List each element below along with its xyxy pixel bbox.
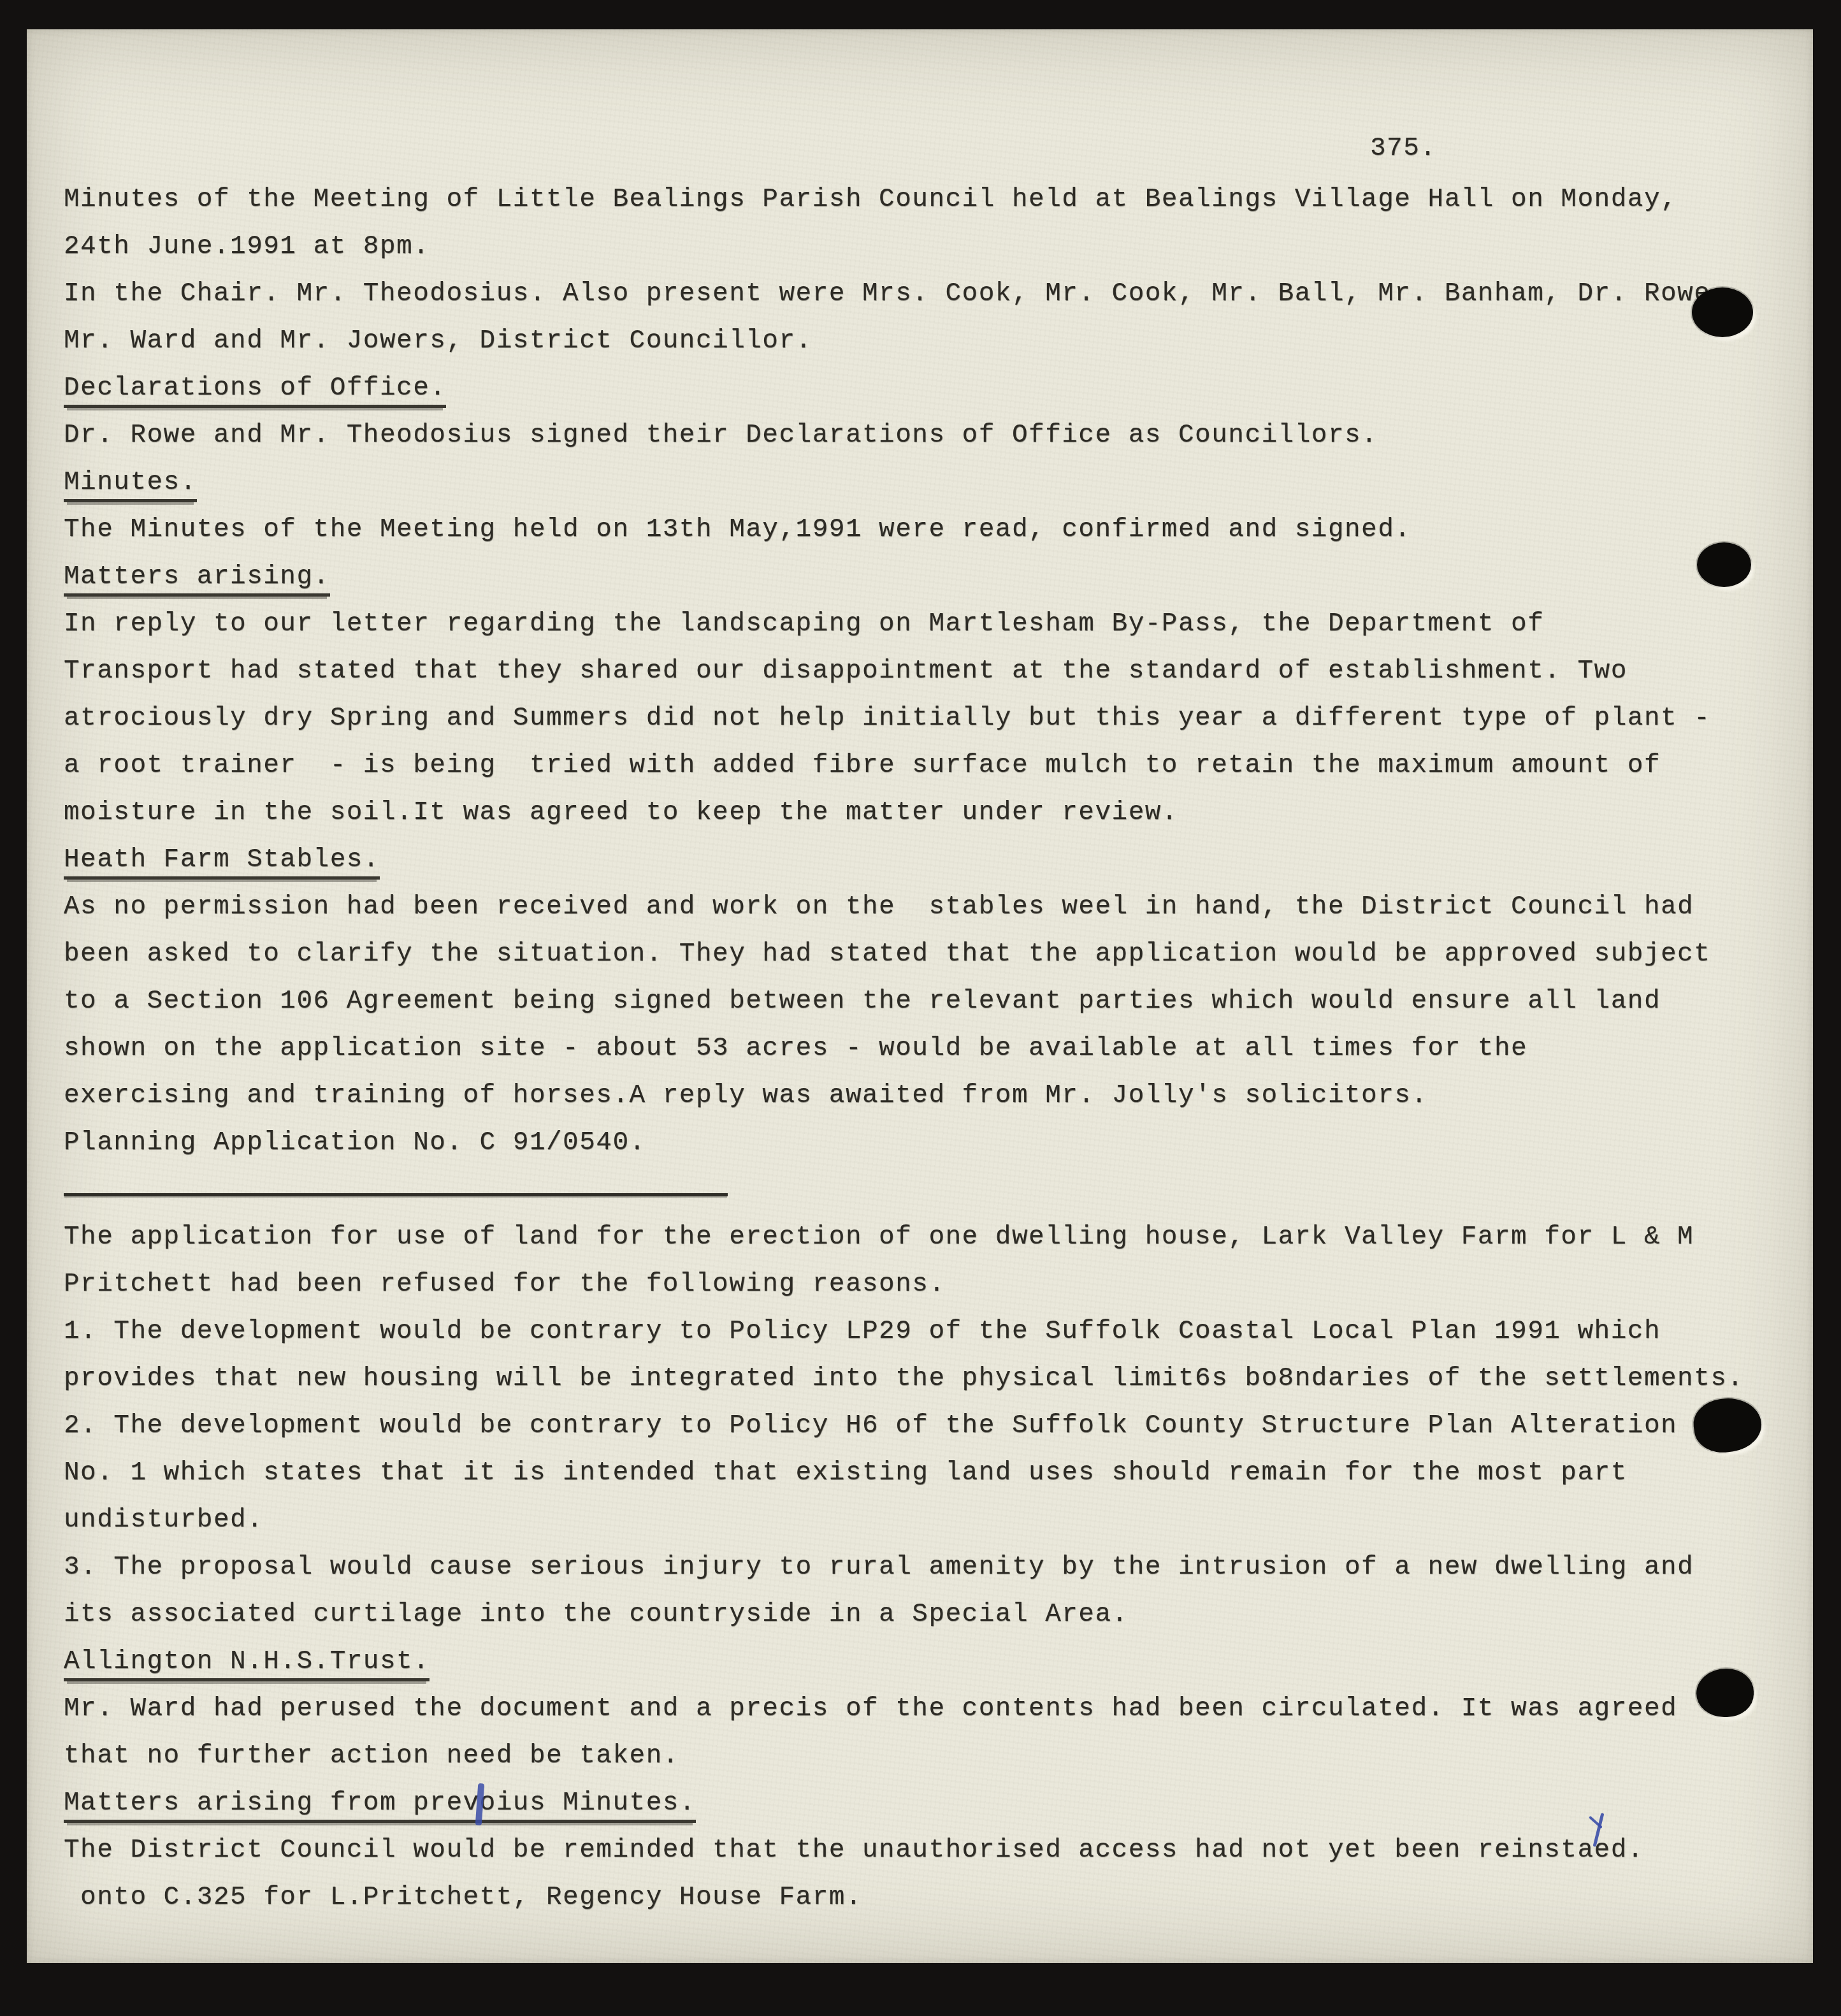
line-text: Minutes of the Meeting of Little Bealing… — [64, 185, 1677, 214]
text-line: Mr. Ward and Mr. Jowers, District Counci… — [64, 326, 1787, 373]
line-text: 24th June.1991 at 8pm. — [64, 232, 430, 261]
section-heading: Declarations of Office. — [64, 373, 1787, 421]
text-line: Dr. Rowe and Mr. Theodosius signed their… — [64, 421, 1787, 468]
line-text: Heath Farm Stables. — [64, 845, 380, 880]
text-line: been asked to clarify the situation. The… — [64, 939, 1787, 987]
line-text: Dr. Rowe and Mr. Theodosius signed their… — [64, 421, 1378, 450]
line-text: 2. The development would be contrary to … — [64, 1411, 1710, 1440]
text-line: In the Chair. Mr. Theodosius. Also prese… — [64, 279, 1787, 326]
line-text: onto C.325 for L.Pritchett, Regency Hous… — [64, 1883, 862, 1912]
text-line: provides that new housing will be integr… — [64, 1364, 1787, 1411]
line-text: shown on the application site - about 53… — [64, 1034, 1527, 1063]
section-heading: Allington N.H.S.Trust. — [64, 1647, 1787, 1694]
text-line: Transport had stated that they shared ou… — [64, 656, 1787, 704]
line-text: Mr. Ward had perused the document and a … — [64, 1694, 1677, 1723]
line-text: The Minutes of the Meeting held on 13th … — [64, 515, 1411, 544]
text-line: a root trainer - is being tried with add… — [64, 751, 1787, 798]
text-line: atrociously dry Spring and Summers did n… — [64, 704, 1787, 751]
line-text: provides that new housing will be integr… — [64, 1364, 1744, 1393]
line-text: moisture in the soil.It was agreed to ke… — [64, 798, 1178, 827]
line-text: The application for use of land for the … — [64, 1222, 1694, 1252]
text-line: Pritchett had been refused for the follo… — [64, 1270, 1787, 1317]
text-line: moisture in the soil.It was agreed to ke… — [64, 798, 1787, 845]
line-text: Transport had stated that they shared ou… — [64, 656, 1628, 686]
line-text: a root trainer - is being tried with add… — [64, 751, 1661, 780]
line-text: to a Section 106 Agreement being signed … — [64, 987, 1661, 1016]
document-lines: Minutes of the Meeting of Little Bealing… — [64, 185, 1787, 1930]
line-text: As no permission had been received and w… — [64, 892, 1694, 922]
text-line: 24th June.1991 at 8pm. — [64, 232, 1787, 279]
text-line: 2. The development would be contrary to … — [64, 1411, 1787, 1458]
text-line: 3. The proposal would cause serious inju… — [64, 1553, 1787, 1600]
text-line: The District Council would be reminded t… — [64, 1836, 1787, 1883]
line-text: Matters arising from prevoius Minutes. — [64, 1788, 696, 1823]
line-text: exercising and training of horses.A repl… — [64, 1081, 1428, 1110]
text-line: Minutes of the Meeting of Little Bealing… — [64, 185, 1787, 232]
text-line: The Minutes of the Meeting held on 13th … — [64, 515, 1787, 562]
text-line: shown on the application site - about 53… — [64, 1034, 1787, 1081]
text-line: to a Section 106 Agreement being signed … — [64, 987, 1787, 1034]
line-text: No. 1 which states that it is intended t… — [64, 1458, 1628, 1488]
text-line: Mr. Ward had perused the document and a … — [64, 1694, 1787, 1741]
punch-hole — [1692, 287, 1753, 337]
text-line: that no further action need be taken. — [64, 1741, 1787, 1788]
line-text: Allington N.H.S.Trust. — [64, 1647, 430, 1681]
line-text: its associated curtilage into the countr… — [64, 1600, 1129, 1629]
page-number: 375. — [1370, 134, 1436, 163]
document-page: 375. Minutes of the Meeting of Little Be… — [27, 29, 1813, 1963]
text-line: As no permission had been received and w… — [64, 892, 1787, 939]
line-text: Matters arising. — [64, 562, 330, 597]
line-text: The District Council would be reminded t… — [64, 1836, 1644, 1865]
line-text: In the Chair. Mr. Theodosius. Also prese… — [64, 279, 1710, 308]
line-text: Declarations of Office. — [64, 373, 446, 408]
section-heading: Matters arising from prevoius Minutes. — [64, 1788, 1787, 1836]
line-text: Pritchett had been refused for the follo… — [64, 1270, 946, 1299]
text-line: 1. The development would be contrary to … — [64, 1317, 1787, 1364]
text-line: its associated curtilage into the countr… — [64, 1600, 1787, 1647]
text-line: The application for use of land for the … — [64, 1222, 1787, 1270]
section-heading: Heath Farm Stables. — [64, 845, 1787, 892]
line-text: been asked to clarify the situation. The… — [64, 939, 1710, 969]
dashed-rule — [64, 1175, 1787, 1222]
underline-rule-bar — [64, 1193, 728, 1196]
line-text: Minutes. — [64, 468, 197, 502]
punch-hole — [1697, 542, 1751, 587]
section-heading: Planning Application No. C 91/0540. — [64, 1128, 1787, 1175]
line-text: Planning Application No. C 91/0540. — [64, 1128, 646, 1157]
text-line: undisturbed. — [64, 1505, 1787, 1553]
text-line: exercising and training of horses.A repl… — [64, 1081, 1787, 1128]
ink-caret-mark — [1589, 1811, 1608, 1848]
text-line: In reply to our letter regarding the lan… — [64, 609, 1787, 656]
line-text: undisturbed. — [64, 1505, 263, 1535]
line-text: Mr. Ward and Mr. Jowers, District Counci… — [64, 326, 812, 356]
punch-hole — [1696, 1669, 1754, 1717]
line-text: 3. The proposal would cause serious inju… — [64, 1553, 1694, 1582]
line-text: that no further action need be taken. — [64, 1741, 679, 1771]
line-text: In reply to our letter regarding the lan… — [64, 609, 1544, 639]
section-heading: Minutes. — [64, 468, 1787, 515]
section-heading: Matters arising. — [64, 562, 1787, 609]
text-line: No. 1 which states that it is intended t… — [64, 1458, 1787, 1505]
line-text: 1. The development would be contrary to … — [64, 1317, 1661, 1346]
scanned-page-background: 375. Minutes of the Meeting of Little Be… — [0, 0, 1841, 2016]
caret-stroke — [1593, 1813, 1605, 1847]
line-text: atrociously dry Spring and Summers did n… — [64, 704, 1710, 733]
text-line: onto C.325 for L.Pritchett, Regency Hous… — [64, 1883, 1787, 1930]
